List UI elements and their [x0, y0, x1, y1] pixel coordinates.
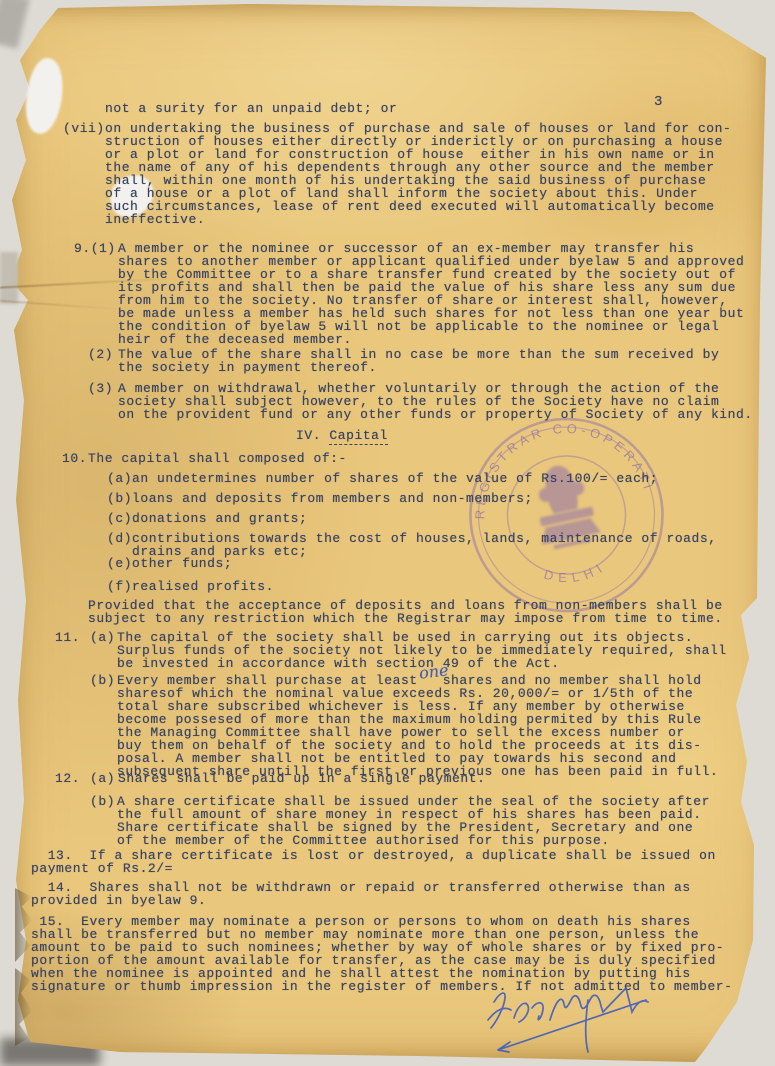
clause-13: 13. If a share certificate is lost or de… [31, 849, 716, 875]
clause-11a-label: (a) [90, 631, 115, 644]
clause-10f-label: (f) [107, 580, 132, 593]
clause-10c-label: (c) [107, 512, 132, 525]
clause-12b-label: (b) [90, 795, 115, 808]
clause-12a-label: (a) [90, 772, 115, 785]
clause-vii: on undertaking the business of purchase … [105, 122, 731, 226]
clause-9-3-label: (3) [88, 382, 113, 395]
clause-11a: The capital of the society shall be used… [117, 631, 727, 670]
clause-vii-label: (vii) [63, 122, 105, 135]
clause-9-3: A member on withdrawal, whether voluntar… [118, 382, 753, 421]
clause-14: 14. Shares shall not be withdrawn or rep… [31, 881, 691, 907]
clause-10: The capital shall composed of:- [88, 452, 347, 465]
page-number: 3 [654, 96, 663, 109]
clause-10b-label: (b) [107, 492, 132, 505]
clause-10f: realised profits. [132, 580, 274, 593]
clause-10d: contributions towards the cost of houses… [132, 532, 717, 558]
clause-9-1: A member or the nominee or successor of … [118, 242, 744, 346]
clause-10e: other funds; [132, 557, 232, 570]
clause-10b: loans and deposits from members and non-… [132, 492, 533, 505]
clause-10d-label: (d) [107, 532, 132, 545]
clause-9-2-label: (2) [88, 348, 113, 361]
clause-11b: Every member shall purchase at least sha… [117, 674, 718, 778]
clause-11b-label: (b) [90, 674, 115, 687]
clause-vi-end: not a surity for an unpaid debt; or [105, 102, 397, 115]
clause-9-2: The value of the share shall in no case … [118, 348, 719, 374]
clause-12a: Shares shall be paid up in a single paym… [118, 772, 485, 785]
text-layer: 3 one not a surity for an unpaid debt; o… [0, 0, 775, 1066]
clause-11a-label: 11. [55, 631, 80, 644]
signature-scribble [478, 978, 668, 1066]
section-heading: IV. Capital [296, 429, 388, 442]
clause-9-1-label: 9.(1) [74, 242, 116, 255]
clause-12a-label: 12. [55, 772, 80, 785]
clause-10c: donations and grants; [132, 512, 307, 525]
clause-10-proviso: Provided that the acceptance of deposits… [88, 599, 723, 625]
clause-10e-label: (e) [107, 557, 132, 570]
clause-10a-label: (a) [107, 472, 132, 485]
clause-10-label: 10. [62, 452, 87, 465]
clause-12b: A share certificate shall be issued unde… [117, 795, 710, 847]
clause-10a: an undetermines number of shares of the … [132, 472, 658, 485]
